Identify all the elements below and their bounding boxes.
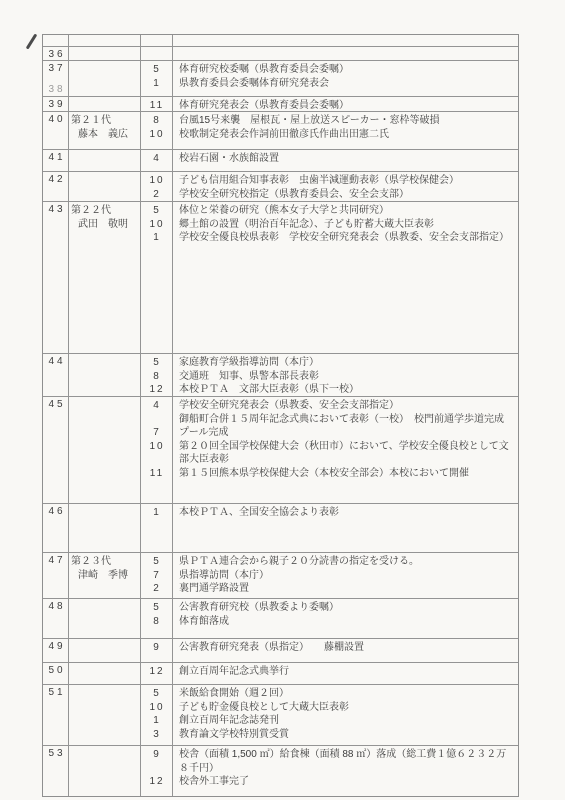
principal-cell: 第２２代武田 敬明 — [68, 202, 140, 353]
column-divider — [140, 553, 141, 598]
table-row — [43, 35, 518, 47]
column-divider — [172, 35, 173, 46]
principal-cell — [68, 97, 140, 111]
table-row: 43第２２代武田 敬明5体位と栄養の研究（熊本女子大学と共同研究）10郷土館の設… — [43, 202, 518, 354]
event-text: 御船町合併１５周年記念式典において表彰（一校） 校門前通学歩道完成 — [172, 413, 518, 427]
principal-cell — [68, 61, 140, 96]
event-line: 8交通班 知事、県警本部長表彰 — [140, 370, 518, 384]
year-cell: 53 — [43, 746, 68, 796]
column-divider — [172, 354, 173, 396]
event-line: 10第２０回全国学校保健大会（秋田市）において、学校安全優良校として文部大臣表彰 — [140, 440, 518, 467]
year-cell: 46 — [43, 504, 68, 552]
column-divider — [68, 397, 69, 503]
table-row: 499公害教育研究発表（県指定） 藤棚設置 — [43, 639, 518, 663]
event-text: 体育研究校委嘱（県教育委員会委嘱） — [172, 63, 518, 77]
table-row: 539校舎（面積 1,500 ㎡）給食棟（面積 88 ㎡）落成（総工費１億６２３… — [43, 746, 518, 796]
year-cell: 50 — [43, 663, 68, 684]
principal-generation-label: 第２２代 — [71, 204, 140, 218]
event-line: 4校岩石園・水族館設置 — [140, 152, 518, 166]
principal-cell — [68, 685, 140, 745]
table-row: 454学校安全研究発表会（県教委、安全会支部指定）御船町合併１５周年記念式典にお… — [43, 397, 518, 504]
principal-cell — [68, 47, 140, 60]
school-chronology-table: 3637385体育研究校委嘱（県教育委員会委嘱）1県教育委員会委嘱体育研究発表会… — [42, 34, 519, 797]
event-text: 家庭教育学級指導訪問（本庁） — [172, 356, 518, 370]
principal-cell — [68, 35, 140, 46]
event-line: 7プール完成 — [140, 426, 518, 440]
table-row: 414校岩石園・水族館設置 — [43, 150, 518, 172]
events-cell: 1本校ＰＴＡ、全国安全協会より表彰 — [140, 504, 518, 552]
event-text: 子ども信用組合知事表彰 虫歯半減運動表彰（県学校保健会） — [172, 174, 518, 188]
principal-cell — [68, 504, 140, 552]
events-cell: 5公害教育研究校（県教委より委嘱）8体育館落成 — [140, 599, 518, 638]
event-text: 裏門通学路設置 — [172, 582, 518, 596]
column-divider — [68, 746, 69, 796]
column-divider — [140, 112, 141, 149]
column-divider — [140, 504, 141, 552]
event-month: 5 — [140, 356, 172, 370]
events-cell: 5体位と栄養の研究（熊本女子大学と共同研究）10郷土館の設置（明治百年記念）、子… — [140, 202, 518, 353]
event-line: 4学校安全研究発表会（県教委、安全会支部指定） — [140, 399, 518, 413]
column-divider — [172, 553, 173, 598]
event-text: 県指導訪問（本庁） — [172, 569, 518, 583]
principal-cell — [68, 354, 140, 396]
year-cell: 40 — [43, 112, 68, 149]
year-label: 47 — [43, 555, 68, 567]
event-line: 8体育館落成 — [140, 615, 518, 629]
column-divider — [140, 61, 141, 96]
event-text: 創立百周年記念誌発刊 — [172, 714, 518, 728]
principal-generation-label: 第２１代 — [71, 114, 140, 128]
events-cell: 4学校安全研究発表会（県教委、安全会支部指定）御船町合併１５周年記念式典において… — [140, 397, 518, 503]
event-text: 第２０回全国学校保健大会（秋田市）において、学校安全優良校として文部大臣表彰 — [172, 440, 518, 467]
year-label: 39 — [43, 99, 68, 111]
column-divider — [68, 61, 69, 96]
event-month: 9 — [140, 748, 172, 775]
column-divider — [172, 685, 173, 745]
year-cell — [43, 35, 68, 46]
events-cell: 5体育研究校委嘱（県教育委員会委嘱）1県教育委員会委嘱体育研究発表会 — [140, 61, 518, 96]
event-text: 県教育委員会委嘱体育研究発表会 — [172, 77, 518, 91]
event-line: 1学校安全優良校県表彰 学校安全研究発表会（県教委、安全会支部指定） — [140, 231, 518, 245]
event-line: 5体育研究校委嘱（県教育委員会委嘱） — [140, 63, 518, 77]
column-divider — [68, 663, 69, 684]
column-divider — [68, 685, 69, 745]
event-line: 11第１５回熊本県学校保健大会（本校安全部会）本校において開催 — [140, 467, 518, 481]
event-text: 校歌制定発表会作詞前田徹彦氏作曲出田憲二氏 — [172, 128, 518, 142]
principal-cell: 第２３代津崎 季博 — [68, 553, 140, 598]
event-line: 12校舎外工事完了 — [140, 775, 518, 789]
event-month: 11 — [140, 467, 172, 481]
event-month: 3 — [140, 728, 172, 742]
column-divider — [172, 746, 173, 796]
event-line: 3教育論文学校特別賞受賞 — [140, 728, 518, 742]
column-divider — [140, 685, 141, 745]
table-row: 5012創立百周年記念式典挙行 — [43, 663, 518, 685]
column-divider — [172, 504, 173, 552]
column-divider — [140, 172, 141, 201]
column-divider — [140, 35, 141, 46]
table-row: 47第２３代津崎 季博5県ＰＴＡ連合会から親子２０分読書の指定を受ける。7県指導… — [43, 553, 518, 599]
year-label: 45 — [43, 399, 68, 411]
event-month: 11 — [140, 99, 172, 113]
column-divider — [140, 599, 141, 638]
event-month: 8 — [140, 114, 172, 128]
event-line: 10子ども信用組合知事表彰 虫歯半減運動表彰（県学校保健会） — [140, 174, 518, 188]
column-divider — [140, 354, 141, 396]
event-month: 9 — [140, 641, 172, 655]
principal-name-label: 津崎 季博 — [71, 569, 140, 583]
event-month: 7 — [140, 426, 172, 440]
year-label: 41 — [43, 152, 68, 164]
table-row: 485公害教育研究校（県教委より委嘱）8体育館落成 — [43, 599, 518, 639]
event-line: 11体育研究発表会（県教育委員会委嘱） — [140, 99, 518, 113]
column-divider — [172, 397, 173, 503]
event-line: 1本校ＰＴＡ、全国安全協会より表彰 — [140, 506, 518, 520]
event-line: 10子ども貯金優良校として大蔵大臣表彰 — [140, 701, 518, 715]
event-text: 学校安全研究発表会（県教委、安全会支部指定） — [172, 399, 518, 413]
principal-name-label: 武田 敬明 — [71, 218, 140, 232]
event-month: 10 — [140, 440, 172, 467]
year-cell: 44 — [43, 354, 68, 396]
event-line: 2裏門通学路設置 — [140, 582, 518, 596]
event-month: 2 — [140, 582, 172, 596]
column-divider — [140, 397, 141, 503]
event-month: 2 — [140, 188, 172, 202]
event-line: 1県教育委員会委嘱体育研究発表会 — [140, 77, 518, 91]
events-cell: 9公害教育研究発表（県指定） 藤棚設置 — [140, 639, 518, 662]
year-label: 48 — [43, 601, 68, 613]
principal-cell: 第２１代藤本 義広 — [68, 112, 140, 149]
event-month: 5 — [140, 204, 172, 218]
column-divider — [68, 97, 69, 111]
year-cell: 3738 — [43, 61, 68, 96]
year-cell: 48 — [43, 599, 68, 638]
event-line: 5体位と栄養の研究（熊本女子大学と共同研究） — [140, 204, 518, 218]
year-label-secondary: 38 — [43, 84, 68, 96]
event-month: 5 — [140, 63, 172, 77]
column-divider — [172, 663, 173, 684]
principal-cell — [68, 150, 140, 171]
table-row: 461本校ＰＴＡ、全国安全協会より表彰 — [43, 504, 518, 553]
principal-cell — [68, 397, 140, 503]
event-text: 校舎（面積 1,500 ㎡）給食棟（面積 88 ㎡）落成（総工費１億６２３２万８… — [172, 748, 518, 775]
column-divider — [68, 112, 69, 149]
event-text: 子ども貯金優良校として大蔵大臣表彰 — [172, 701, 518, 715]
event-line: 8台風15号来襲 屋根瓦・屋上放送スピーカー・窓枠等破損 — [140, 114, 518, 128]
event-line: 1創立百周年記念誌発刊 — [140, 714, 518, 728]
column-divider — [140, 202, 141, 353]
column-divider — [172, 150, 173, 171]
event-text: 県ＰＴＡ連合会から親子２０分読書の指定を受ける。 — [172, 555, 518, 569]
event-line: 7県指導訪問（本庁） — [140, 569, 518, 583]
column-divider — [172, 47, 173, 60]
year-cell: 49 — [43, 639, 68, 662]
event-month: 1 — [140, 506, 172, 520]
scanned-document-page: 3637385体育研究校委嘱（県教育委員会委嘱）1県教育委員会委嘱体育研究発表会… — [0, 0, 565, 800]
event-text: 公害教育研究校（県教委より委嘱） — [172, 601, 518, 615]
principal-cell — [68, 663, 140, 684]
events-cell: 12創立百周年記念式典挙行 — [140, 663, 518, 684]
event-line: 5県ＰＴＡ連合会から親子２０分読書の指定を受ける。 — [140, 555, 518, 569]
column-divider — [68, 553, 69, 598]
event-month: 10 — [140, 701, 172, 715]
event-month: 12 — [140, 775, 172, 789]
table-row: 3911体育研究発表会（県教育委員会委嘱） — [43, 97, 518, 112]
event-month: 8 — [140, 370, 172, 384]
column-divider — [68, 150, 69, 171]
column-divider — [172, 172, 173, 201]
year-label: 53 — [43, 748, 68, 760]
event-text: 郷土館の設置（明治百年記念）、子ども貯蓄大蔵大臣表彰 — [172, 218, 518, 232]
event-line: 12創立百周年記念式典挙行 — [140, 665, 518, 679]
event-line: 10校歌制定発表会作詞前田徹彦氏作曲出田憲二氏 — [140, 128, 518, 142]
event-text: 台風15号来襲 屋根瓦・屋上放送スピーカー・窓枠等破損 — [172, 114, 518, 128]
event-text: 創立百周年記念式典挙行 — [172, 665, 518, 679]
event-month: 4 — [140, 399, 172, 413]
event-month: 7 — [140, 569, 172, 583]
event-month: 1 — [140, 77, 172, 91]
event-text: プール完成 — [172, 426, 518, 440]
event-month: 1 — [140, 231, 172, 245]
events-cell: 9校舎（面積 1,500 ㎡）給食棟（面積 88 ㎡）落成（総工費１億６２３２万… — [140, 746, 518, 796]
event-month: 10 — [140, 218, 172, 232]
year-label: 40 — [43, 114, 68, 126]
event-month: 1 — [140, 714, 172, 728]
event-line: 5家庭教育学級指導訪問（本庁） — [140, 356, 518, 370]
event-line: 9校舎（面積 1,500 ㎡）給食棟（面積 88 ㎡）落成（総工費１億６２３２万… — [140, 748, 518, 775]
column-divider — [68, 47, 69, 60]
events-cell: 5家庭教育学級指導訪問（本庁）8交通班 知事、県警本部長表彰12本校ＰＴＡ 文部… — [140, 354, 518, 396]
year-cell: 41 — [43, 150, 68, 171]
year-label: 43 — [43, 204, 68, 216]
year-cell: 45 — [43, 397, 68, 503]
event-month: 10 — [140, 174, 172, 188]
event-text: 学校安全優良校県表彰 学校安全研究発表会（県教委、安全会支部指定） — [172, 231, 518, 245]
year-label: 37 — [43, 63, 68, 75]
events-cell: 5米飯給食開始（週２回）10子ども貯金優良校として大蔵大臣表彰1創立百周年記念誌… — [140, 685, 518, 745]
event-text: 本校ＰＴＡ 文部大臣表彰（県下一校） — [172, 383, 518, 397]
year-label: 44 — [43, 356, 68, 368]
scan-corner-artifact — [26, 33, 38, 49]
year-label: 36 — [43, 49, 68, 61]
year-label: 49 — [43, 641, 68, 653]
column-divider — [68, 639, 69, 662]
column-divider — [140, 663, 141, 684]
year-label: 46 — [43, 506, 68, 518]
column-divider — [172, 112, 173, 149]
event-text: 米飯給食開始（週２回） — [172, 687, 518, 701]
event-text: 交通班 知事、県警本部長表彰 — [172, 370, 518, 384]
year-cell: 51 — [43, 685, 68, 745]
event-month: 12 — [140, 383, 172, 397]
event-line: 御船町合併１５周年記念式典において表彰（一校） 校門前通学歩道完成 — [140, 413, 518, 427]
events-cell — [140, 47, 518, 60]
column-divider — [140, 47, 141, 60]
principal-cell — [68, 599, 140, 638]
table-row: 40第２１代藤本 義広8台風15号来襲 屋根瓦・屋上放送スピーカー・窓枠等破損1… — [43, 112, 518, 150]
events-cell: 4校岩石園・水族館設置 — [140, 150, 518, 171]
column-divider — [172, 639, 173, 662]
year-cell: 36 — [43, 47, 68, 60]
event-text: 校舎外工事完了 — [172, 775, 518, 789]
table-row: 445家庭教育学級指導訪問（本庁）8交通班 知事、県警本部長表彰12本校ＰＴＡ … — [43, 354, 518, 397]
events-cell: 8台風15号来襲 屋根瓦・屋上放送スピーカー・窓枠等破損10校歌制定発表会作詞前… — [140, 112, 518, 149]
column-divider — [172, 97, 173, 111]
event-month: 5 — [140, 601, 172, 615]
event-line: 5米飯給食開始（週２回） — [140, 687, 518, 701]
column-divider — [68, 202, 69, 353]
events-cell: 10子ども信用組合知事表彰 虫歯半減運動表彰（県学校保健会）2学校安全研究校指定… — [140, 172, 518, 201]
event-line: 12本校ＰＴＡ 文部大臣表彰（県下一校） — [140, 383, 518, 397]
event-text: 教育論文学校特別賞受賞 — [172, 728, 518, 742]
column-divider — [140, 746, 141, 796]
principal-cell — [68, 746, 140, 796]
column-divider — [140, 97, 141, 111]
column-divider — [68, 35, 69, 46]
principal-name-label: 藤本 義広 — [71, 128, 140, 142]
event-month: 12 — [140, 665, 172, 679]
events-cell: 11体育研究発表会（県教育委員会委嘱） — [140, 97, 518, 111]
principal-cell — [68, 172, 140, 201]
table-row: 37385体育研究校委嘱（県教育委員会委嘱）1県教育委員会委嘱体育研究発表会 — [43, 61, 518, 97]
event-line: 5公害教育研究校（県教委より委嘱） — [140, 601, 518, 615]
event-text: 体育研究発表会（県教育委員会委嘱） — [172, 99, 518, 113]
column-divider — [68, 504, 69, 552]
year-cell: 47 — [43, 553, 68, 598]
year-cell: 43 — [43, 202, 68, 353]
event-month: 8 — [140, 615, 172, 629]
event-text: 体育館落成 — [172, 615, 518, 629]
event-month — [140, 413, 172, 427]
column-divider — [172, 599, 173, 638]
event-month: 10 — [140, 128, 172, 142]
table-row: 515米飯給食開始（週２回）10子ども貯金優良校として大蔵大臣表彰1創立百周年記… — [43, 685, 518, 746]
table-row: 4210子ども信用組合知事表彰 虫歯半減運動表彰（県学校保健会）2学校安全研究校… — [43, 172, 518, 202]
year-label: 42 — [43, 174, 68, 186]
event-text: 公害教育研究発表（県指定） 藤棚設置 — [172, 641, 518, 655]
column-divider — [140, 639, 141, 662]
event-month: 5 — [140, 687, 172, 701]
year-cell: 42 — [43, 172, 68, 201]
principal-generation-label: 第２３代 — [71, 555, 140, 569]
event-month: 5 — [140, 555, 172, 569]
year-cell: 39 — [43, 97, 68, 111]
column-divider — [68, 354, 69, 396]
event-text: 校岩石園・水族館設置 — [172, 152, 518, 166]
event-text: 体位と栄養の研究（熊本女子大学と共同研究） — [172, 204, 518, 218]
table-row: 36 — [43, 47, 518, 61]
event-month: 4 — [140, 152, 172, 166]
column-divider — [68, 599, 69, 638]
events-cell — [140, 35, 518, 46]
year-label: 51 — [43, 687, 68, 699]
event-text: 学校安全研究校指定（県教育委員会、安全会支部） — [172, 188, 518, 202]
year-label: 50 — [43, 665, 68, 677]
column-divider — [172, 61, 173, 96]
event-text: 本校ＰＴＡ、全国安全協会より表彰 — [172, 506, 518, 520]
column-divider — [172, 202, 173, 353]
event-text: 第１５回熊本県学校保健大会（本校安全部会）本校において開催 — [172, 467, 518, 481]
column-divider — [68, 172, 69, 201]
principal-cell — [68, 639, 140, 662]
events-cell: 5県ＰＴＡ連合会から親子２０分読書の指定を受ける。7県指導訪問（本庁）2裏門通学… — [140, 553, 518, 598]
event-line: 9公害教育研究発表（県指定） 藤棚設置 — [140, 641, 518, 655]
event-line: 10郷土館の設置（明治百年記念）、子ども貯蓄大蔵大臣表彰 — [140, 218, 518, 232]
event-line: 2学校安全研究校指定（県教育委員会、安全会支部） — [140, 188, 518, 202]
column-divider — [140, 150, 141, 171]
